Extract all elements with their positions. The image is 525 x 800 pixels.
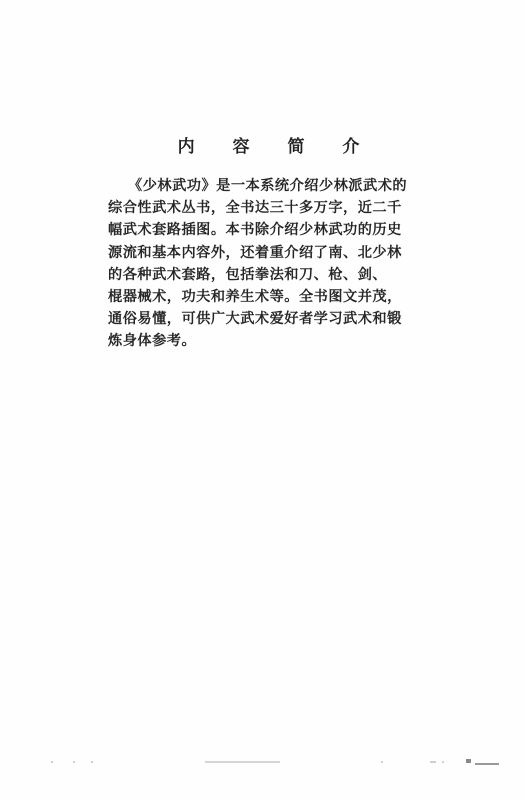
paragraph-line: 综合性武术丛书，全书达三十多万字，近二千 <box>108 197 408 219</box>
scan-speck <box>73 761 75 763</box>
paragraph-line: 幅武术套路插图。本书除介绍少林武功的历史 <box>108 219 408 241</box>
paragraph-line: 的各种武术套路，包括拳法和刀、枪、剑、 <box>108 264 408 286</box>
scan-speck <box>442 761 444 763</box>
paragraph-line: 源流和基本内容外，还着重介绍了南、北少林 <box>108 242 408 264</box>
paragraph-line: 通俗易懂，可供广大武术爱好者学习武术和锻 <box>108 308 408 330</box>
scan-footer-artifacts <box>0 758 525 768</box>
scan-speck <box>51 761 53 763</box>
scanned-page: 内 容 简 介 《少林武功》是一本系统介绍少林派武术的 综合性武术丛书，全书达三… <box>0 0 525 800</box>
paragraph-line: 《少林武功》是一本系统介绍少林派武术的 <box>108 175 408 197</box>
paragraph-line: 炼身体参考。 <box>108 330 408 352</box>
scan-dark-line <box>475 763 499 765</box>
scan-speck <box>91 761 93 763</box>
scan-mark <box>466 759 471 763</box>
synopsis-paragraph: 《少林武功》是一本系统介绍少林派武术的 综合性武术丛书，全书达三十多万字，近二千… <box>108 175 408 353</box>
paragraph-line: 棍器械术，功夫和养生术等。全书图文并茂， <box>108 286 408 308</box>
scan-faint-line <box>205 761 280 763</box>
scan-speck <box>430 761 436 763</box>
scan-speck <box>381 761 383 763</box>
page-title: 内 容 简 介 <box>0 132 525 157</box>
